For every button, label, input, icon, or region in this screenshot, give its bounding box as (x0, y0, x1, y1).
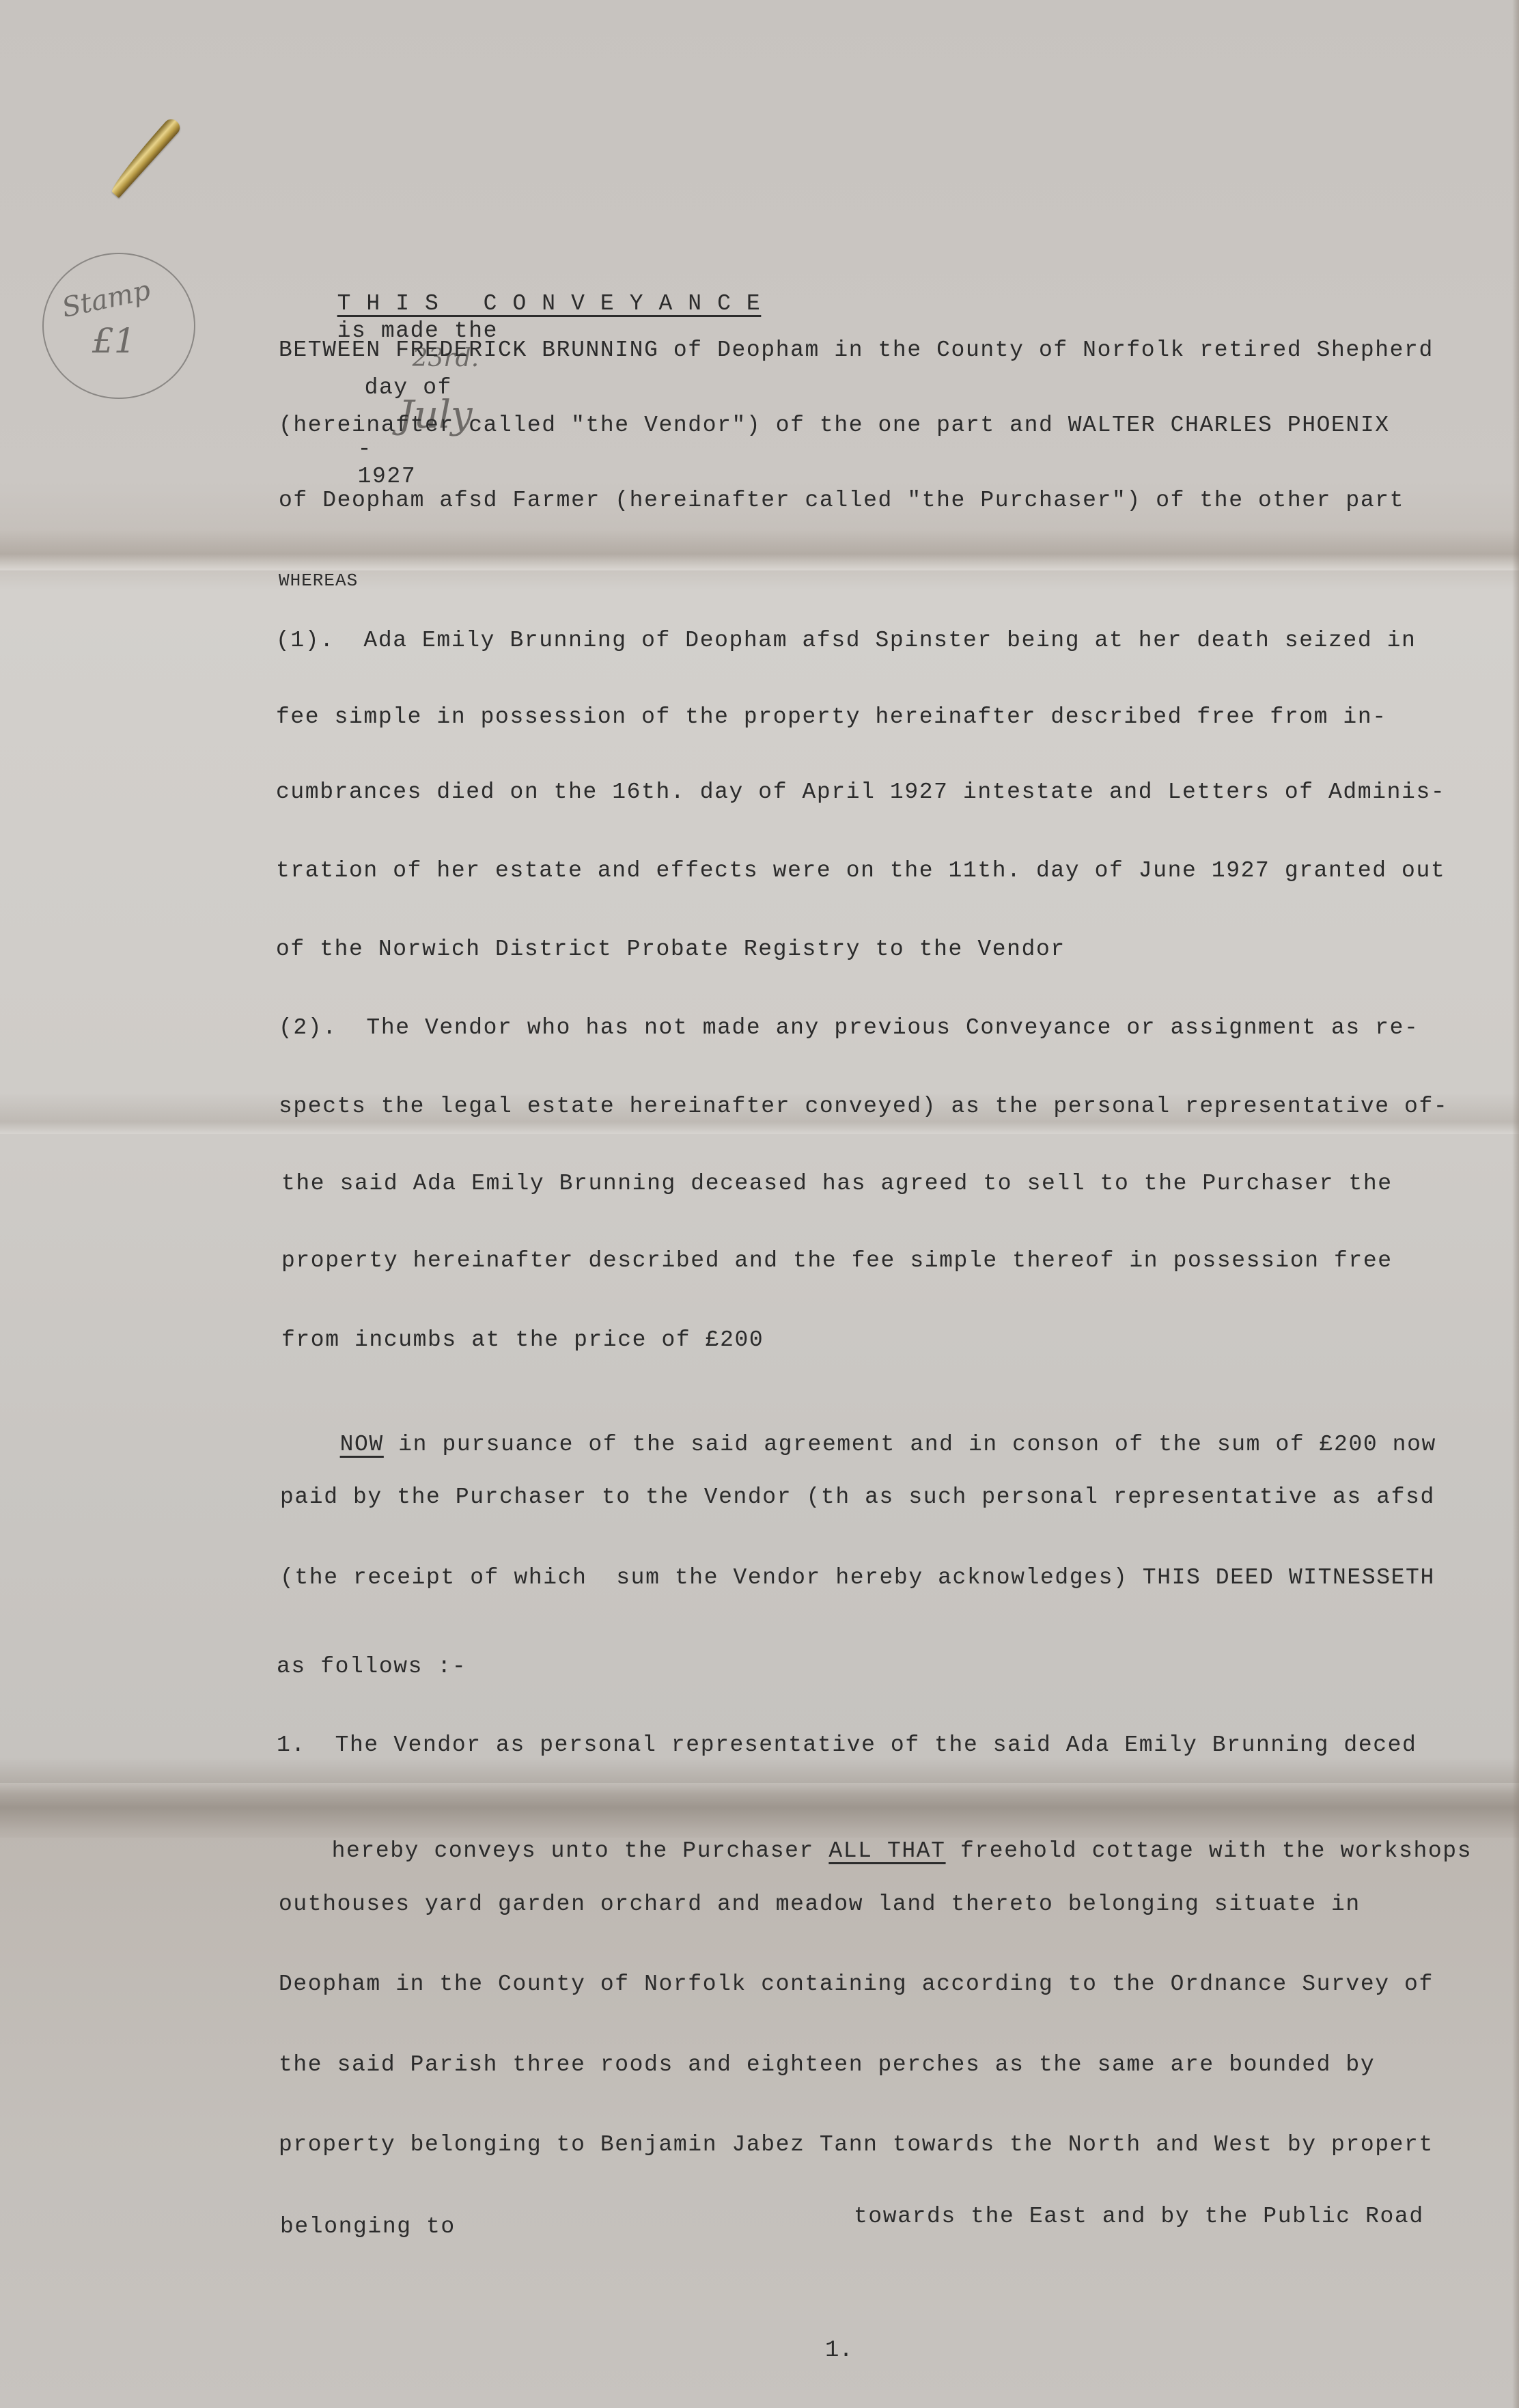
year: 1927 (358, 464, 417, 489)
paper-edge (1512, 0, 1519, 2408)
recital-1: (1). Ada Emily Brunning of Deopham afsd … (276, 627, 1416, 654)
text-line: property hereinafter described and the f… (281, 1247, 1393, 1275)
now-keyword: NOW (340, 1432, 384, 1457)
conveys-text-rest: freehold cottage with the workshops (946, 1838, 1473, 1864)
text-line: (the receipt of which sum the Vendor her… (280, 1564, 1435, 1592)
text-line: property belonging to Benjamin Jabez Tan… (279, 2131, 1434, 2159)
stamp-value: £1 (92, 321, 136, 361)
conveys-text: hereby conveys unto the Purchaser (332, 1838, 829, 1864)
header-line: T H I S C O N V E Y A N C E is made the … (279, 263, 761, 518)
date-dash: - (358, 437, 372, 462)
clause-1: 1. The Vendor as personal representative… (277, 1732, 1417, 1759)
document-title: T H I S C O N V E Y A N C E (337, 291, 762, 316)
paper-fold-shadow (0, 529, 1519, 570)
text-line: (hereinafter called "the Vendor") of the… (279, 412, 1390, 439)
text-line: as follows :- (277, 1653, 466, 1680)
text-line: tration of her estate and effects were o… (276, 857, 1445, 885)
text-line: outhouses yard garden orchard and meadow… (279, 1891, 1361, 1918)
recital-2: (2). The Vendor who has not made any pre… (279, 1014, 1419, 1042)
whereas-heading: WHEREAS (279, 567, 358, 594)
text-line: of the Norwich District Probate Registry… (276, 936, 1065, 963)
text-line: fee simple in possession of the property… (276, 704, 1387, 731)
text-line: paid by the Purchaser to the Vendor (th … (280, 1484, 1435, 1511)
text-line: Deopham in the County of Norfolk contain… (279, 1971, 1434, 1998)
text-line: the said Ada Emily Brunning deceased has… (281, 1170, 1393, 1198)
text-line: cumbrances died on the 16th. day of Apri… (276, 779, 1445, 806)
all-that-keyword: ALL THAT (828, 1838, 945, 1864)
document-page: Stamp £1 T H I S C O N V E Y A N C E is … (0, 0, 1519, 2408)
now-line: NOW in pursuance of the said agreement a… (281, 1404, 1436, 1486)
text-line: BETWEEN FREDERICK BRUNNING of Deopham in… (279, 337, 1434, 364)
page-number: 1. (825, 2338, 853, 2364)
last-line-left: belonging to (280, 2213, 456, 2241)
now-line-text: in pursuance of the said agreement and i… (384, 1432, 1436, 1457)
brass-pin-icon (107, 116, 183, 198)
text-line: of Deopham afsd Farmer (hereinafter call… (279, 487, 1404, 514)
conveys-line: hereby conveys unto the Purchaser ALL TH… (273, 1810, 1472, 1892)
last-line-right: towards the East and by the Public Road (854, 2203, 1424, 2230)
text-line: from incumbs at the price of £200 (281, 1327, 764, 1354)
text-line: the said Parish three roods and eighteen… (279, 2051, 1375, 2079)
text-line: spects the legal estate hereinafter conv… (279, 1093, 1448, 1120)
